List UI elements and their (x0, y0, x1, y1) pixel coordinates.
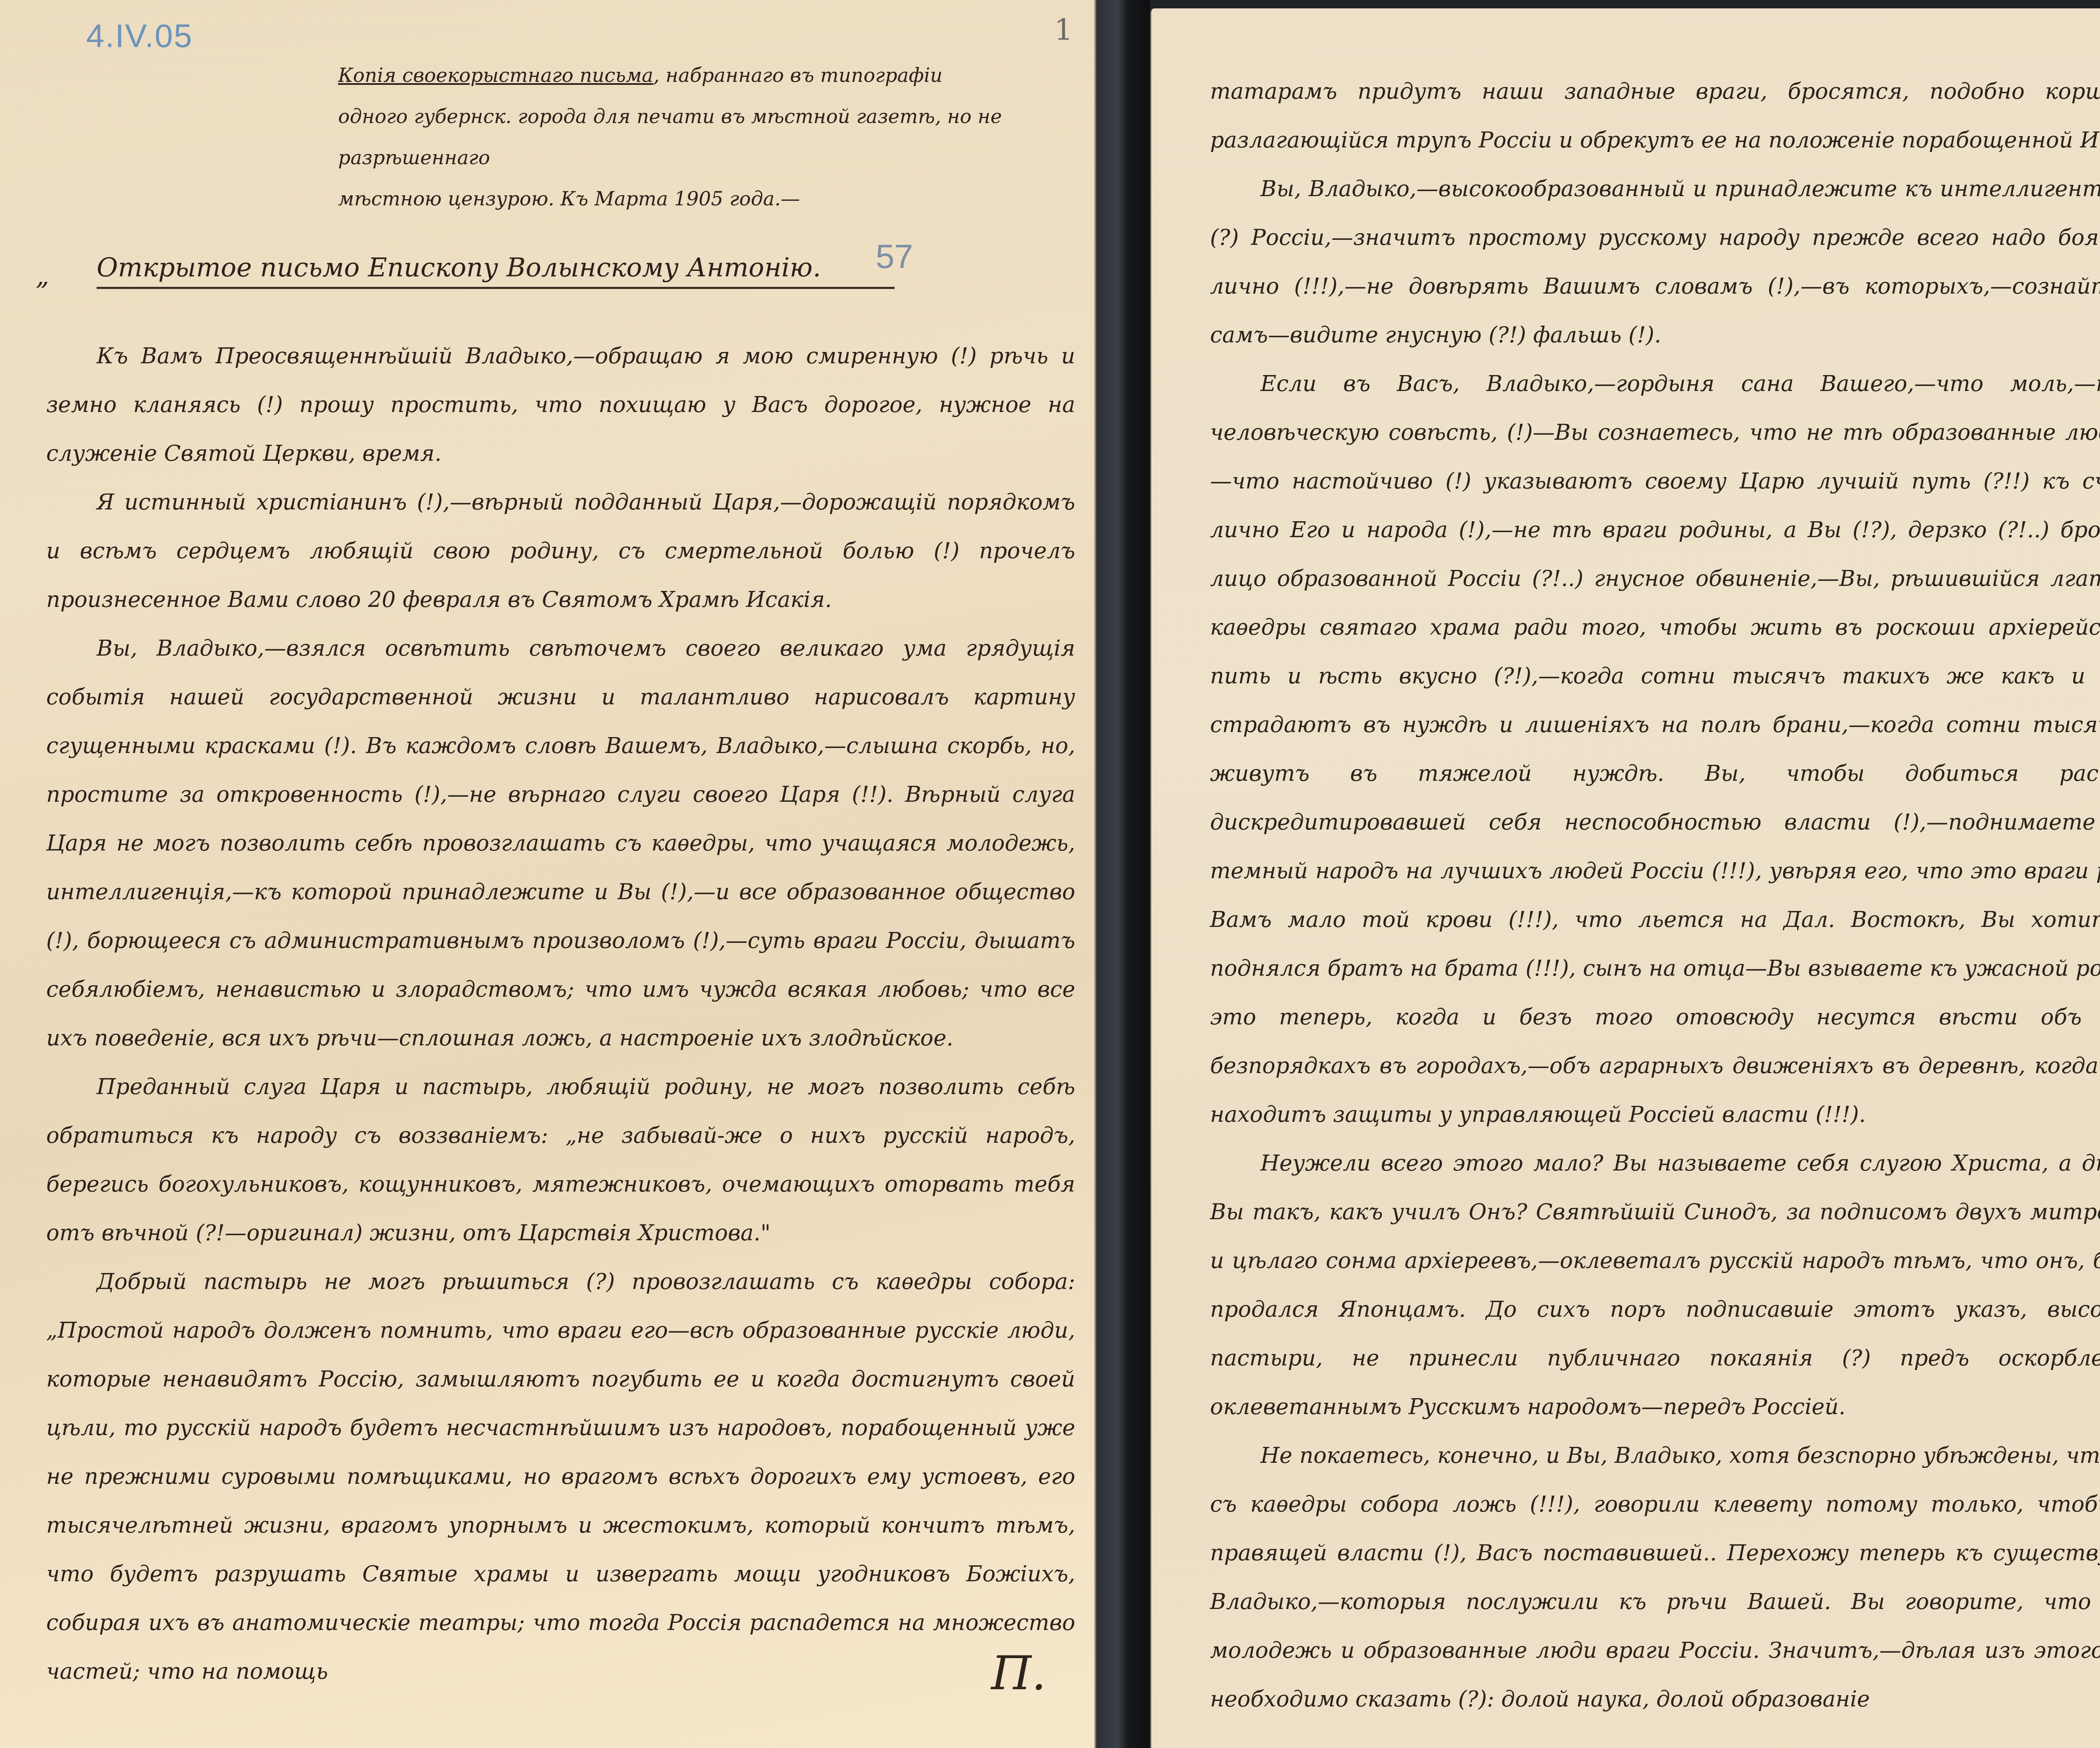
paragraph: Не покаетесь, конечно, и Вы, Владыко, хо… (1210, 1431, 2100, 1724)
paragraph: Къ Вамъ Преосвященнѣйшій Владыко,—обраща… (46, 332, 1075, 478)
paragraph: Вы, Владыко,—взялся освѣтить свѣточемъ с… (46, 624, 1075, 1063)
left-page-body: Къ Вамъ Преосвященнѣйшій Владыко,—обраща… (46, 332, 1075, 1696)
opening-quote-mark: „ (36, 260, 49, 291)
paragraph: татарамъ придутъ наши западные враги, бр… (1210, 67, 2100, 165)
binding-gutter (1096, 0, 1150, 1748)
header-underlined-phrase: Копія своекорыстнаго письма (338, 64, 654, 87)
paragraph: Вы, Владыко,—высокообразованный и принад… (1210, 165, 2100, 360)
right-page: татарамъ придутъ наши западные враги, бр… (1150, 8, 2100, 1748)
left-page: 4.IV.05 1 Копія своекорыстнаго письма, н… (0, 0, 1096, 1748)
letter-title: Открытое письмо Епископу Волынскому Анто… (97, 252, 895, 289)
header-line-3: мѣстною цензурою. Къ Марта 1905 года.— (338, 178, 1077, 219)
header-line-1: Копія своекорыстнаго письма, набраннаго … (338, 55, 1077, 96)
folio-number: 1 (1054, 13, 1073, 47)
paragraph: Добрый пастырь не могъ рѣшиться (?) пров… (46, 1257, 1075, 1696)
paragraph: Я истинный христіанинъ (!),—вѣрный подда… (46, 478, 1075, 624)
signature-mark: П. (991, 1646, 1046, 1700)
paragraph: Если въ Васъ, Владыко,—гордыня сана Ваше… (1210, 360, 2100, 1139)
paragraph: Преданный слуга Царя и пастырь, любящій … (46, 1063, 1075, 1257)
archive-date-stamp: 4.IV.05 (86, 17, 193, 55)
header-line-2: одного губернск. города для печати въ мѣ… (338, 96, 1077, 178)
header-line-1-rest: , набраннаго въ типографіи (654, 64, 943, 87)
right-page-body: татарамъ придутъ наши западные враги, бр… (1210, 67, 2100, 1724)
paragraph: Неужели всего этого мало? Вы называете с… (1210, 1139, 2100, 1431)
copy-header-note: Копія своекорыстнаго письма, набраннаго … (338, 55, 1077, 219)
